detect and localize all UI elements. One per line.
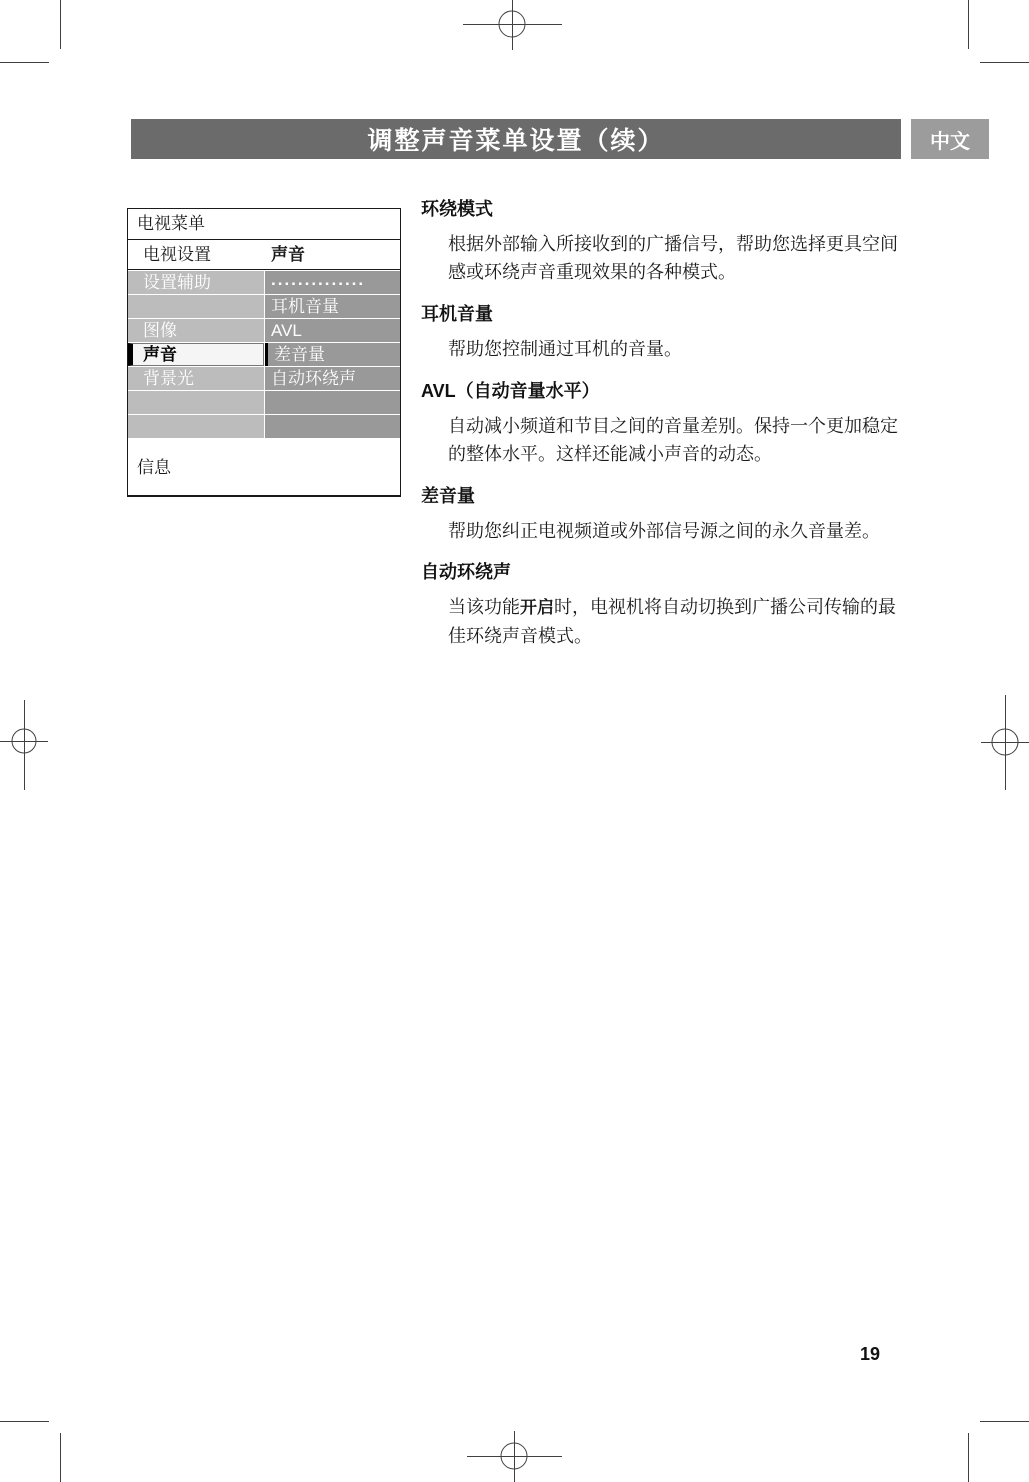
section-heading: AVL（自动音量水平） <box>421 377 911 403</box>
section-heading: 差音量 <box>421 482 911 508</box>
body-bold-on: 开启 <box>520 598 554 617</box>
tv-menu-value-avl: AVL <box>265 319 400 342</box>
tv-menu-title: 电视菜单 <box>128 209 400 240</box>
section-body: 帮助您纠正电视频道或外部信号源之间的永久音量差。 <box>448 517 908 545</box>
tv-menu-value-headphone-volume: 耳机音量 <box>265 295 400 318</box>
section-heading: 自动环绕声 <box>421 558 911 584</box>
tv-menu-screenshot: 电视菜单 电视设置 声音 设置辅助 .............. 耳机音量 图像… <box>127 208 401 497</box>
section-body: 当该功能开启时，电视机将自动切换到广播公司传输的最佳环绕声音模式。 <box>448 593 908 650</box>
crosshair-icon <box>463 0 562 50</box>
tv-menu-row <box>128 415 400 438</box>
language-badge: 中文 <box>911 119 989 159</box>
crosshair-icon <box>0 700 48 790</box>
crosshair-icon <box>467 1431 562 1482</box>
section-heading: 环绕模式 <box>421 195 911 221</box>
page-header-bar: 调整声音菜单设置（续） <box>131 119 901 159</box>
body-text: 当该功能 <box>448 597 520 617</box>
tv-menu-item-backlight: 背景光 <box>128 367 264 390</box>
tv-menu-row: 背景光 自动环绕声 <box>128 367 400 390</box>
tv-menu-item-sound-selected: 声音 <box>128 343 264 366</box>
section-auto-surround: 自动环绕声 当该功能开启时，电视机将自动切换到广播公司传输的最佳环绕声音模式。 <box>421 558 911 650</box>
tv-menu-value-empty <box>265 415 400 438</box>
tv-menu-row <box>128 391 400 414</box>
tv-menu-value-empty <box>265 391 400 414</box>
language-badge-label: 中文 <box>930 125 970 154</box>
tv-menu-row: 设置辅助 .............. <box>128 271 400 294</box>
section-delta-volume: 差音量 帮助您纠正电视频道或外部信号源之间的永久音量差。 <box>421 482 911 545</box>
tv-menu-row: 图像 AVL <box>128 319 400 342</box>
section-surround-mode: 环绕模式 根据外部输入所接收到的广播信号，帮助您选择更具空间感或环绕声音重现效果… <box>421 195 911 286</box>
tv-menu-item-empty <box>128 391 264 414</box>
tv-menu-item-settings-assistant: 设置辅助 <box>128 271 264 294</box>
tv-menu-value-dots: .............. <box>265 271 400 294</box>
tv-menu-breadcrumb-left: 电视设置 <box>128 240 265 269</box>
tv-menu-value-delta-volume: 差音量 <box>265 343 400 366</box>
tv-menu-breadcrumb-right: 声音 <box>265 240 400 269</box>
tv-menu-row-selected: 声音 差音量 <box>128 343 400 366</box>
section-heading: 耳机音量 <box>421 300 911 326</box>
section-headphone-volume: 耳机音量 帮助您控制通过耳机的音量。 <box>421 300 911 363</box>
tv-menu-breadcrumb-row: 电视设置 声音 <box>128 240 400 270</box>
section-body: 根据外部输入所接收到的广播信号，帮助您选择更具空间感或环绕声音重现效果的各种模式… <box>448 230 908 286</box>
section-body: 帮助您控制通过耳机的音量。 <box>448 335 908 363</box>
tv-menu-row: 耳机音量 <box>128 295 400 318</box>
page-number: 19 <box>860 1344 880 1365</box>
tv-menu-item-empty <box>128 415 264 438</box>
page-title: 调整声音菜单设置（续） <box>367 121 664 157</box>
tv-menu-info-item: 信息 <box>128 438 400 478</box>
crosshair-icon <box>981 695 1029 790</box>
tv-menu-item-empty <box>128 295 264 318</box>
tv-menu-item-picture: 图像 <box>128 319 264 342</box>
section-body: 自动减小频道和节目之间的音量差别。保持一个更加稳定的整体水平。这样还能减小声音的… <box>448 412 908 468</box>
section-avl: AVL（自动音量水平） 自动减小频道和节目之间的音量差别。保持一个更加稳定的整体… <box>421 377 911 468</box>
tv-menu-value-auto-surround: 自动环绕声 <box>265 367 400 390</box>
